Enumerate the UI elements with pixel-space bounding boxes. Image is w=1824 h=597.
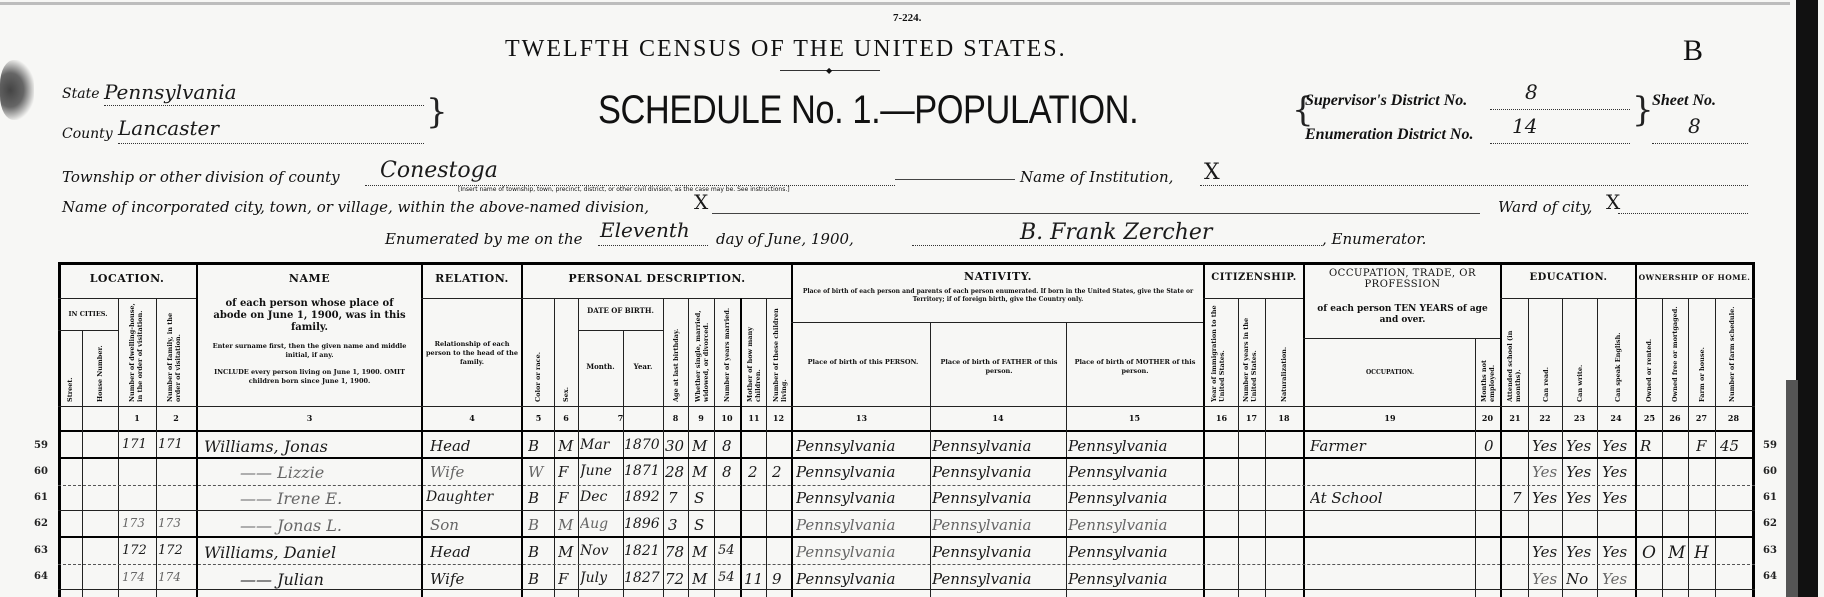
header-owned-rented: Owned or rented. xyxy=(1645,339,1653,402)
cell-sex: F xyxy=(558,570,580,588)
cell-month: June xyxy=(580,463,624,479)
cell-occupation: Farmer xyxy=(1310,437,1470,455)
vl-birth-person xyxy=(930,322,931,597)
cell-year: 1827 xyxy=(624,570,664,586)
cell-children-living: 9 xyxy=(772,570,792,588)
vl-years-us xyxy=(1265,298,1266,597)
header-month: Month. xyxy=(578,362,623,371)
cell-can-write: Yes xyxy=(1566,463,1598,481)
cell-month: Aug xyxy=(580,516,624,532)
row-number-left-59: 59 xyxy=(34,440,48,451)
cell-year: 1870 xyxy=(624,437,664,453)
header-birth-person: Place of birth of this PERSON. xyxy=(798,358,928,367)
census-title: TWELFTH CENSUS OF THE UNITED STATES. xyxy=(505,36,1067,63)
colnum-25: 25 xyxy=(1637,413,1662,423)
vl-school xyxy=(1528,298,1529,597)
header-ownership: OWNERSHIP OF HOME. xyxy=(1637,273,1752,282)
header-birth-father: Place of birth of FATHER of this person. xyxy=(934,358,1064,376)
enumerated-day: Eleventh xyxy=(600,218,690,242)
vl-color xyxy=(554,298,555,597)
state-county-brace: } xyxy=(426,92,448,132)
row-number-left-63: 63 xyxy=(34,545,48,556)
header-relation-desc: Relationship of each person to the head … xyxy=(426,340,518,367)
colnum-13: 13 xyxy=(793,413,930,423)
row-number-right-60: 60 xyxy=(1763,466,1777,477)
cell-can-read: Yes xyxy=(1532,570,1564,588)
header-marital: Whether single, married, widowed, or div… xyxy=(694,302,710,402)
cell-farm-house: F xyxy=(1696,437,1716,455)
colnum-21: 21 xyxy=(1502,413,1528,423)
header-nativity-desc: Place of birth of each person and parent… xyxy=(798,288,1198,304)
sheet-line xyxy=(1652,142,1748,144)
header-date-of-birth: DATE OF BIRTH. xyxy=(578,306,663,315)
hl-edu xyxy=(1500,298,1755,299)
cell-color: B xyxy=(528,570,552,588)
cell-farm-schedule: 45 xyxy=(1720,437,1754,455)
header-months-unemployed: Months not employed. xyxy=(1480,332,1496,402)
cell-name: —— Irene E. xyxy=(240,489,410,508)
institution-label: Name of Institution, xyxy=(1020,168,1173,186)
supervisor-line xyxy=(1490,108,1630,110)
cell-age: 78 xyxy=(665,543,689,561)
header-attended-school: Attended school (in months). xyxy=(1506,302,1522,402)
colnum-11: 11 xyxy=(742,413,766,423)
cell-dwelling: 171 xyxy=(122,437,156,452)
cell-marital: M xyxy=(692,570,716,588)
header-can-read: Can read. xyxy=(1542,367,1550,402)
schedule-letter: B xyxy=(1683,34,1703,68)
colnum-2: 2 xyxy=(156,413,196,423)
header-street: Street. xyxy=(66,377,74,402)
cell-birth-mother: Pennsylvania xyxy=(1068,570,1202,588)
header-years-in-us: Number of years in the United States. xyxy=(1242,302,1258,402)
cell-sex: F xyxy=(558,489,580,507)
colnum-15: 15 xyxy=(1066,413,1203,423)
ink-stain xyxy=(0,60,34,120)
header-farm-house: Farm or house. xyxy=(1698,347,1706,402)
header-owned-free: Owned free or mortgaged. xyxy=(1671,306,1679,402)
cell-relation: Daughter xyxy=(426,489,520,505)
cell-children-living: 2 xyxy=(772,463,792,481)
cell-family: 173 xyxy=(158,516,194,530)
header-naturalization: Naturalization. xyxy=(1280,347,1288,402)
cell-can-write: Yes xyxy=(1566,489,1598,507)
cell-year: 1871 xyxy=(624,463,664,479)
cell-years-married: 54 xyxy=(718,570,742,585)
header-dwelling: Number of dwelling-house, in the order o… xyxy=(128,302,144,402)
vl-house xyxy=(118,298,119,597)
header-name-note2: INCLUDE every person living on June 1, 1… xyxy=(208,368,411,386)
cell-owned-free: M xyxy=(1668,543,1690,563)
cell-month: Mar xyxy=(580,437,624,453)
vl-dwelling xyxy=(156,298,157,597)
cell-age: 3 xyxy=(668,516,688,534)
colnum-16: 16 xyxy=(1205,413,1238,423)
header-color: Color or race. xyxy=(534,352,542,402)
cell-birth-father: Pennsylvania xyxy=(932,463,1066,481)
vl-street xyxy=(82,330,83,597)
cell-name: —— Julian xyxy=(240,570,410,589)
cell-dwelling: 174 xyxy=(122,570,156,584)
township-value: Conestoga xyxy=(380,158,498,183)
cell-birth-father: Pennsylvania xyxy=(932,516,1066,534)
cell-family: 171 xyxy=(158,437,194,452)
cell-relation: Son xyxy=(430,516,520,534)
cell-can-speak: Yes xyxy=(1602,463,1636,481)
hl-dob xyxy=(578,330,663,331)
state-value: Pennsylvania xyxy=(104,80,237,104)
cell-marital: S xyxy=(694,489,714,507)
row-number-left-61: 61 xyxy=(34,492,48,503)
colnum-9: 9 xyxy=(688,413,714,423)
enumerated-day-line xyxy=(598,244,708,246)
cell-relation: Wife xyxy=(430,570,520,588)
header-house-number: House Number. xyxy=(96,345,104,402)
hl-cit xyxy=(1203,298,1303,299)
enumeration-value: 14 xyxy=(1512,114,1537,138)
header-family: Number of family, in the order of visita… xyxy=(166,302,182,402)
cell-color: B xyxy=(528,543,552,561)
cell-relation: Head xyxy=(430,437,520,455)
enumerated-label: Enumerated by me on the xyxy=(385,230,583,248)
row-number-right-59: 59 xyxy=(1763,440,1777,451)
cell-birth-person: Pennsylvania xyxy=(796,543,930,561)
hl-occ xyxy=(1303,338,1500,339)
hl-colnums-top xyxy=(58,406,1755,407)
cell-mother-of: 2 xyxy=(748,463,768,481)
header-farm-schedule: Number of farm schedule. xyxy=(1728,307,1736,403)
county-label: County xyxy=(62,126,113,142)
cell-birth-father: Pennsylvania xyxy=(932,570,1066,588)
cell-birth-person: Pennsylvania xyxy=(796,437,930,455)
cell-can-write: Yes xyxy=(1566,543,1598,561)
hl-nat xyxy=(791,322,1203,323)
cell-family: 172 xyxy=(158,543,194,558)
cell-family: 174 xyxy=(158,570,194,584)
vl-occ xyxy=(1475,338,1476,597)
cell-year: 1892 xyxy=(624,489,664,505)
row-number-right-62: 62 xyxy=(1763,518,1777,529)
row-number-right-64: 64 xyxy=(1763,571,1777,582)
cell-color: B xyxy=(528,489,552,507)
cell-birth-mother: Pennsylvania xyxy=(1068,489,1202,507)
cell-color: W xyxy=(528,463,552,481)
city-value: X xyxy=(694,190,708,214)
colnum-24: 24 xyxy=(1597,413,1635,423)
vl-mother xyxy=(766,298,767,597)
header-education: EDUCATION. xyxy=(1502,272,1635,283)
cell-name: —— Lizzie xyxy=(240,463,410,482)
cell-year: 1896 xyxy=(624,516,664,532)
cell-age: 30 xyxy=(665,437,689,455)
cell-name: Williams, Jonas xyxy=(204,437,414,456)
row-line-61 xyxy=(58,510,1755,511)
row-number-left-60: 60 xyxy=(34,466,48,477)
colnum-17: 17 xyxy=(1238,413,1265,423)
colnum-18: 18 xyxy=(1265,413,1303,423)
county-line xyxy=(118,142,424,144)
cell-birth-mother: Pennsylvania xyxy=(1068,516,1202,534)
cell-owned-rented: O xyxy=(1642,543,1664,563)
city-line xyxy=(712,212,1480,214)
vl-immig xyxy=(1238,298,1239,597)
colnum-14: 14 xyxy=(930,413,1066,423)
cell-age: 72 xyxy=(665,570,689,588)
cell-birth-mother: Pennsylvania xyxy=(1068,463,1202,481)
hl-rel xyxy=(421,298,521,299)
state-label: State xyxy=(62,86,99,102)
colnum-27: 27 xyxy=(1688,413,1715,423)
sheet-label: Sheet No. xyxy=(1652,92,1716,110)
cell-name: Williams, Daniel xyxy=(204,543,414,562)
cell-can-speak: Yes xyxy=(1602,570,1636,588)
enumeration-line xyxy=(1490,142,1630,144)
enumerator-line xyxy=(912,244,1322,246)
ward-value: X xyxy=(1606,190,1620,214)
cell-owned-rented: R xyxy=(1640,437,1662,455)
header-name-note1: Enter surname first, then the given name… xyxy=(208,342,411,360)
header-years-married: Number of years married. xyxy=(723,308,731,402)
cell-year: 1821 xyxy=(624,543,664,559)
row-number-right-61: 61 xyxy=(1763,492,1777,503)
cell-can-speak: Yes xyxy=(1602,489,1636,507)
row-line-63 xyxy=(58,563,1755,565)
colnum-5: 5 xyxy=(523,413,554,423)
header-location: LOCATION. xyxy=(58,272,196,285)
header-name-desc: of each person whose place of abode on J… xyxy=(208,298,411,334)
enumerated-suffix: day of June, 1900, xyxy=(716,230,854,248)
title-ornament-dot: ◆ xyxy=(826,67,832,75)
cell-dwelling: 172 xyxy=(122,543,156,558)
colnum-10: 10 xyxy=(714,413,740,423)
state-line xyxy=(104,104,424,106)
colnum-20: 20 xyxy=(1475,413,1500,423)
cell-sex: M xyxy=(558,437,580,455)
header-mother-of: Mother of how many children. xyxy=(746,302,762,402)
cell-month: Dec xyxy=(580,489,624,505)
cell-marital: M xyxy=(692,437,716,455)
form-number: 7-224. xyxy=(893,12,921,24)
scan-right-border xyxy=(1796,0,1818,597)
colnum-19: 19 xyxy=(1305,413,1475,423)
colnum-6: 6 xyxy=(554,413,578,423)
township-label: Township or other division of county xyxy=(62,168,340,186)
header-in-cities: IN CITIES. xyxy=(58,310,118,319)
colnum-3: 3 xyxy=(198,413,421,423)
header-citizenship: CITIZENSHIP. xyxy=(1205,272,1303,283)
cell-attended-school: 7 xyxy=(1512,489,1528,507)
district-brace-right: } xyxy=(1632,90,1654,130)
township-note: [Insert name of township, town, precinct… xyxy=(458,186,790,193)
cell-years-married: 8 xyxy=(722,463,742,481)
header-birth-mother: Place of birth of MOTHER of this person. xyxy=(1070,358,1200,376)
header-can-speak-english: Can speak English. xyxy=(1614,332,1622,402)
cell-month: Nov xyxy=(580,543,624,559)
row-line-64 xyxy=(58,589,1755,590)
cell-farm-house: H xyxy=(1694,543,1716,563)
colnum-23: 23 xyxy=(1562,413,1597,423)
colnum-22: 22 xyxy=(1528,413,1562,423)
colnum-28: 28 xyxy=(1715,413,1752,423)
cell-birth-father: Pennsylvania xyxy=(932,437,1066,455)
header-children-living: Number of these children living. xyxy=(772,302,788,402)
colnum-12: 12 xyxy=(766,413,791,423)
colnum-7: 7 xyxy=(578,413,663,423)
row-number-left-62: 62 xyxy=(34,518,48,529)
header-sex: Sex. xyxy=(562,387,570,402)
header-occupation: OCCUPATION, TRADE, OR PROFESSION xyxy=(1310,268,1495,290)
cell-can-read: Yes xyxy=(1532,437,1564,455)
cell-years-married: 8 xyxy=(722,437,742,455)
township-rule xyxy=(895,178,1015,180)
cell-can-read: Yes xyxy=(1532,543,1564,561)
header-personal: PERSONAL DESCRIPTION. xyxy=(523,272,791,285)
scan-top-edge xyxy=(0,2,1790,5)
header-name: NAME xyxy=(198,272,421,285)
colnum-1: 1 xyxy=(118,413,156,423)
cell-color: B xyxy=(528,516,552,534)
cell-birth-father: Pennsylvania xyxy=(932,543,1066,561)
city-label: Name of incorporated city, town, or vill… xyxy=(62,198,649,216)
row-number-left-64: 64 xyxy=(34,571,48,582)
vl-birth-father xyxy=(1066,322,1067,597)
header-relation: RELATION. xyxy=(423,272,521,285)
cell-marital: M xyxy=(692,463,716,481)
scan-right-shadow xyxy=(1786,380,1798,597)
ward-line xyxy=(1618,212,1748,214)
cell-month: July xyxy=(580,570,624,586)
colnum-8: 8 xyxy=(663,413,688,423)
cell-sex: F xyxy=(558,463,580,481)
cell-occupation: At School xyxy=(1310,489,1470,507)
colnum-26: 26 xyxy=(1662,413,1688,423)
supervisor-value: 8 xyxy=(1525,80,1538,104)
hl-incities xyxy=(58,330,118,331)
header-immigration-year: Year of immigration to the United States… xyxy=(1210,302,1226,402)
hl-colnums-bottom xyxy=(58,430,1755,432)
cell-relation: Head xyxy=(430,543,520,561)
cell-mother-of: 11 xyxy=(744,570,768,588)
cell-sex: M xyxy=(558,543,580,561)
cell-can-write: No xyxy=(1566,570,1598,588)
cell-can-write: Yes xyxy=(1566,437,1598,455)
enumerator-label: , Enumerator. xyxy=(1322,230,1426,248)
hl-loc xyxy=(58,298,196,299)
cell-birth-father: Pennsylvania xyxy=(932,489,1066,507)
institution-line xyxy=(1200,184,1748,186)
cell-can-read: Yes xyxy=(1532,463,1564,481)
cell-birth-person: Pennsylvania xyxy=(796,516,930,534)
enumerator-name: B. Frank Zercher xyxy=(1020,220,1212,245)
row-line-60 xyxy=(58,484,1755,486)
row-line-62 xyxy=(58,536,1755,538)
cell-relation: Wife xyxy=(430,463,520,481)
cell-age: 7 xyxy=(668,489,688,507)
county-value: Lancaster xyxy=(118,116,219,140)
hl-pers xyxy=(521,298,791,299)
cell-birth-mother: Pennsylvania xyxy=(1068,543,1202,561)
header-occupation-desc: of each person TEN YEARS of age and over… xyxy=(1310,304,1495,326)
row-line-59 xyxy=(58,457,1755,459)
cell-sex: M xyxy=(558,516,580,534)
cell-years-married: 54 xyxy=(718,543,742,558)
supervisor-label: Supervisor's District No. xyxy=(1305,92,1467,110)
ward-label: Ward of city, xyxy=(1498,198,1592,216)
header-year: Year. xyxy=(623,362,663,371)
header-nativity: NATIVITY. xyxy=(793,270,1203,283)
schedule-title: SCHEDULE No. 1.—POPULATION. xyxy=(598,88,1138,133)
cell-birth-person: Pennsylvania xyxy=(796,489,930,507)
cell-months-unemployed: 0 xyxy=(1484,437,1500,455)
institution-value: X xyxy=(1204,160,1220,185)
cell-birth-person: Pennsylvania xyxy=(796,463,930,481)
cell-can-speak: Yes xyxy=(1602,437,1636,455)
cell-name: —— Jonas L. xyxy=(240,516,410,535)
cell-dwelling: 173 xyxy=(122,516,156,530)
census-page: 7-224. TWELFTH CENSUS OF THE UNITED STAT… xyxy=(0,0,1824,597)
cell-age: 28 xyxy=(665,463,689,481)
cell-can-read: Yes xyxy=(1532,489,1564,507)
cell-marital: M xyxy=(692,543,716,561)
cell-marital: S xyxy=(694,516,714,534)
header-can-write: Can write. xyxy=(1576,365,1584,402)
cell-can-speak: Yes xyxy=(1602,543,1636,561)
enumeration-label: Enumeration District No. xyxy=(1305,126,1473,144)
sheet-value: 8 xyxy=(1688,114,1701,138)
colnum-4: 4 xyxy=(423,413,521,423)
header-occupation-sub: OCCUPATION. xyxy=(1305,368,1475,377)
cell-birth-mother: Pennsylvania xyxy=(1068,437,1202,455)
header-age: Age at last birthday. xyxy=(672,329,680,402)
cell-color: B xyxy=(528,437,552,455)
row-number-right-63: 63 xyxy=(1763,545,1777,556)
cell-birth-person: Pennsylvania xyxy=(796,570,930,588)
